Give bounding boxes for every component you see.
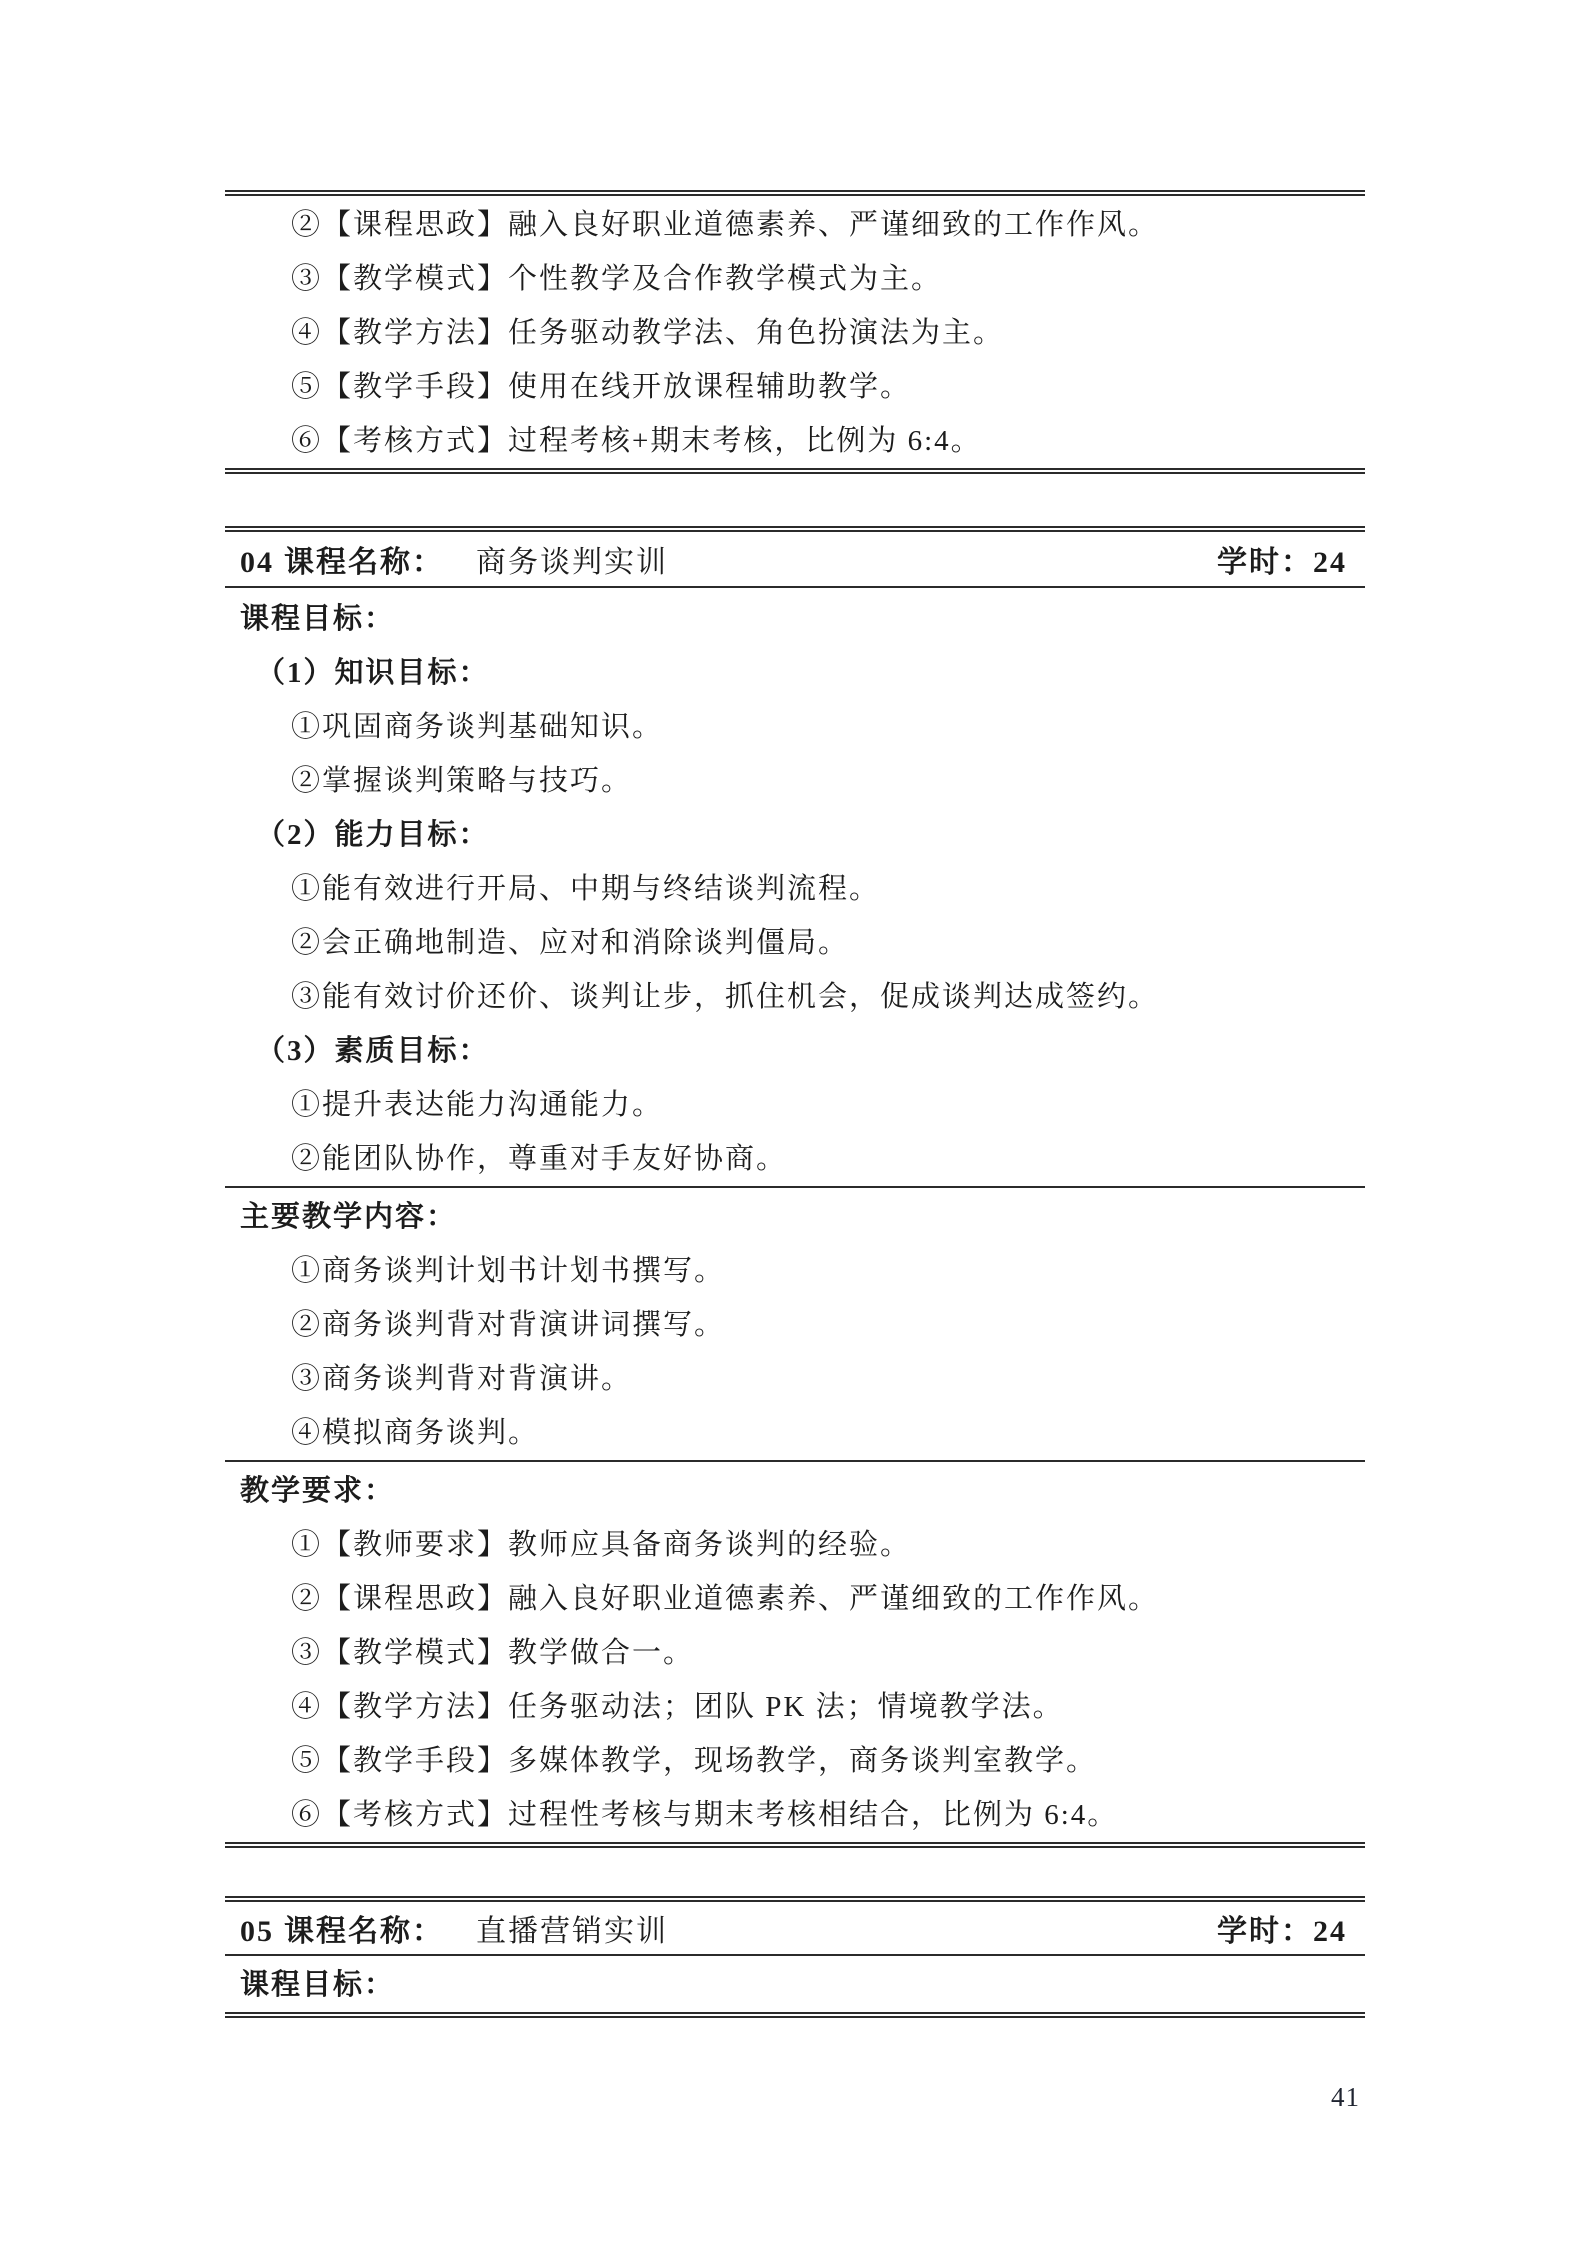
content-item: ②商务谈判背对背演讲词撰写。 (225, 1298, 1365, 1352)
course-04-content-cell: 主要教学内容： ①商务谈判计划书计划书撰写。 ②商务谈判背对背演讲词撰写。 ③商… (225, 1188, 1365, 1462)
course-04-objectives-cell: 课程目标： （1）知识目标： ①巩固商务谈判基础知识。 ②掌握谈判策略与技巧。 … (225, 588, 1365, 1188)
content-title: 主要教学内容： (225, 1190, 1365, 1244)
objective-item: ③能有效讨价还价、谈判让步，抓住机会，促成谈判达成签约。 (225, 970, 1365, 1024)
course-04-hours: 学时： 24 (1217, 537, 1347, 581)
course-number: 04 (240, 546, 274, 580)
fragment-item: ⑥【考核方式】过程考核+期末考核，比例为 6:4。 (225, 414, 1365, 468)
requirement-item: ①【教师要求】教师应具备商务谈判的经验。 (225, 1518, 1365, 1572)
fragment-item: ⑤【教学手段】使用在线开放课程辅助教学。 (225, 360, 1365, 414)
course-05-title: 05 课程名称： 直播营销实训 (240, 1906, 668, 1950)
fragment-item: ②【课程思政】融入良好职业道德素养、严谨细致的工作作风。 (225, 198, 1365, 252)
hours-label: 学时： (1217, 537, 1313, 581)
course-05-hours: 学时： 24 (1217, 1906, 1347, 1950)
objective-group-heading: （1）知识目标： (225, 646, 1365, 700)
requirements-title: 教学要求： (225, 1464, 1365, 1518)
objective-item: ①能有效进行开局、中期与终结谈判流程。 (225, 862, 1365, 916)
course-05-objectives-cell: 课程目标： (225, 1956, 1365, 2012)
table-fragment-previous-course: ②【课程思政】融入良好职业道德素养、严谨细致的工作作风。 ③【教学模式】个性教学… (225, 190, 1365, 474)
objective-item: ①提升表达能力沟通能力。 (225, 1078, 1365, 1132)
content-item: ③商务谈判背对背演讲。 (225, 1352, 1365, 1406)
objectives-title: 课程目标： (225, 592, 1365, 646)
table-spacer (225, 1848, 1365, 1896)
requirement-item: ⑥【考核方式】过程性考核与期末考核相结合，比例为 6:4。 (225, 1788, 1365, 1842)
course-04-header-row: 04 课程名称： 商务谈判实训 学时： 24 (225, 532, 1365, 588)
objective-group-heading: （2）能力目标： (225, 808, 1365, 862)
course-number: 05 (240, 1915, 274, 1949)
content-item: ④模拟商务谈判。 (225, 1406, 1365, 1460)
page-number: 41 (1331, 2082, 1360, 2113)
fragment-item: ④【教学方法】任务驱动教学法、角色扮演法为主。 (225, 306, 1365, 360)
document-page: ②【课程思政】融入良好职业道德素养、严谨细致的工作作风。 ③【教学模式】个性教学… (0, 0, 1587, 2245)
objectives-title: 课程目标： (225, 1958, 1365, 2012)
fragment-item: ③【教学模式】个性教学及合作教学模式为主。 (225, 252, 1365, 306)
hours-value: 24 (1313, 546, 1347, 580)
objective-item: ②能团队协作，尊重对手友好协商。 (225, 1132, 1365, 1186)
objective-group-heading: （3）素质目标： (225, 1024, 1365, 1078)
course-name: 直播营销实训 (476, 1906, 668, 1950)
objective-item: ①巩固商务谈判基础知识。 (225, 700, 1365, 754)
table-course-05: 05 课程名称： 直播营销实训 学时： 24 课程目标： (225, 1896, 1365, 2018)
course-04-requirements-cell: 教学要求： ①【教师要求】教师应具备商务谈判的经验。 ②【课程思政】融入良好职业… (225, 1462, 1365, 1842)
content-item: ①商务谈判计划书计划书撰写。 (225, 1244, 1365, 1298)
document-body: ②【课程思政】融入良好职业道德素养、严谨细致的工作作风。 ③【教学模式】个性教学… (225, 190, 1365, 2018)
table-spacer (225, 474, 1365, 526)
requirement-item: ③【教学模式】教学做合一。 (225, 1626, 1365, 1680)
requirement-item: ⑤【教学手段】多媒体教学，现场教学，商务谈判室教学。 (225, 1734, 1365, 1788)
objective-item: ②掌握谈判策略与技巧。 (225, 754, 1365, 808)
table-course-04: 04 课程名称： 商务谈判实训 学时： 24 课程目标： （1）知识目标： ①巩… (225, 526, 1365, 1848)
requirement-item: ④【教学方法】任务驱动法；团队 PK 法；情境教学法。 (225, 1680, 1365, 1734)
objective-item: ②会正确地制造、应对和消除谈判僵局。 (225, 916, 1365, 970)
requirement-item: ②【课程思政】融入良好职业道德素养、严谨细致的工作作风。 (225, 1572, 1365, 1626)
course-05-header-row: 05 课程名称： 直播营销实训 学时： 24 (225, 1902, 1365, 1956)
course-name-label: 课程名称： (284, 1906, 444, 1950)
course-04-title: 04 课程名称： 商务谈判实训 (240, 537, 668, 581)
hours-label: 学时： (1217, 1906, 1313, 1950)
course-name-label: 课程名称： (284, 537, 444, 581)
hours-value: 24 (1313, 1915, 1347, 1949)
course-name: 商务谈判实训 (476, 537, 668, 581)
